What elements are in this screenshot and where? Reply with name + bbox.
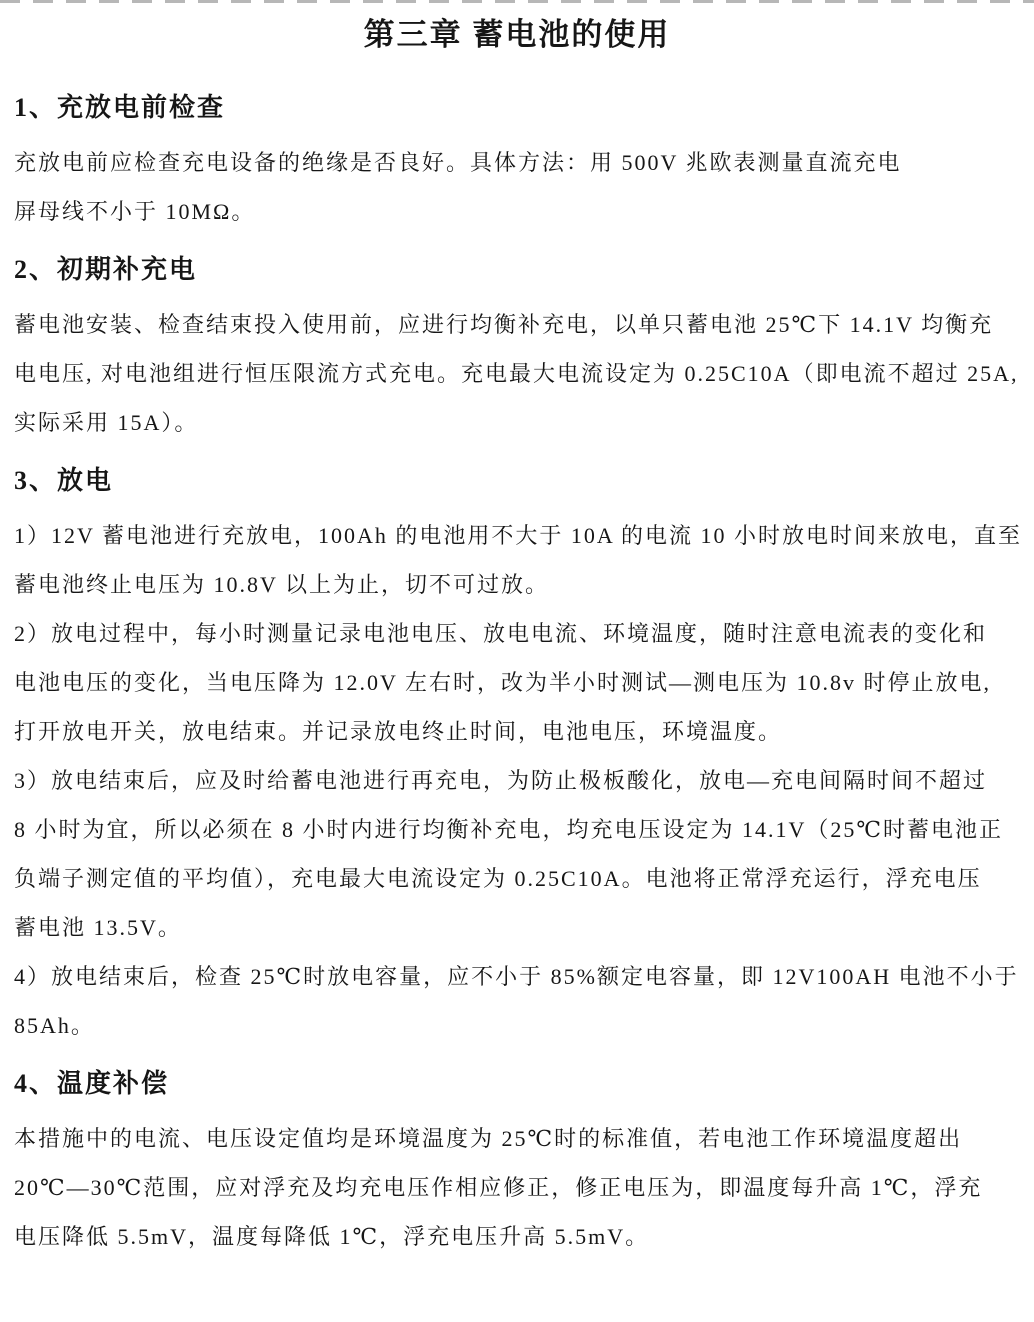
document-page: 第三章 蓄电池的使用 1、充放电前检查 充放电前应检查充电设备的绝缘是否良好。具… bbox=[0, 0, 1034, 1322]
text-line: 实际采用 15A）。 bbox=[14, 398, 1020, 447]
section-heading-precheck: 1、充放电前检查 bbox=[14, 90, 1020, 126]
section-precheck: 1、充放电前检查 充放电前应检查充电设备的绝缘是否良好。具体方法：用 500V … bbox=[14, 90, 1020, 236]
text-line: 1）12V 蓄电池进行充放电，100Ah 的电池用不大于 10A 的电流 10 … bbox=[14, 511, 1020, 560]
section-heading-initial-charge: 2、初期补充电 bbox=[14, 252, 1020, 288]
scan-edge-artifact bbox=[0, 0, 1034, 3]
section-heading-discharge: 3、放电 bbox=[14, 463, 1020, 499]
doc-title: 第三章 蓄电池的使用 bbox=[14, 12, 1020, 57]
text-line: 蓄电池终止电压为 10.8V 以上为止，切不可过放。 bbox=[14, 560, 1020, 609]
text-line: 屏母线不小于 10MΩ。 bbox=[14, 187, 1020, 236]
section-initial-charge: 2、初期补充电 蓄电池安装、检查结束投入使用前，应进行均衡补充电，以单只蓄电池 … bbox=[14, 252, 1020, 447]
text-line: 负端子测定值的平均值），充电最大电流设定为 0.25C10A。电池将正常浮充运行… bbox=[14, 854, 1020, 903]
text-line: 8 小时为宜，所以必须在 8 小时内进行均衡补充电，均充电压设定为 14.1V（… bbox=[14, 805, 1020, 854]
text-line: 充放电前应检查充电设备的绝缘是否良好。具体方法：用 500V 兆欧表测量直流充电 bbox=[14, 138, 1020, 187]
text-line: 20℃—30℃范围，应对浮充及均充电压作相应修正，修正电压为，即温度每升高 1℃… bbox=[14, 1163, 1020, 1212]
text-line: 3）放电结束后，应及时给蓄电池进行再充电，为防止极板酸化，放电—充电间隔时间不超… bbox=[14, 756, 1020, 805]
text-line: 蓄电池安装、检查结束投入使用前，应进行均衡补充电，以单只蓄电池 25℃下 14.… bbox=[14, 300, 1020, 349]
text-line: 本措施中的电流、电压设定值均是环境温度为 25℃时的标准值，若电池工作环境温度超… bbox=[14, 1114, 1020, 1163]
text-line: 电池电压的变化，当电压降为 12.0V 左右时，改为半小时测试—测电压为 10.… bbox=[14, 658, 1020, 707]
text-line: 电电压, 对电池组进行恒压限流方式充电。充电最大电流设定为 0.25C10A（即… bbox=[14, 349, 1020, 398]
section-heading-temperature-compensation: 4、温度补偿 bbox=[14, 1066, 1020, 1102]
text-line: 电压降低 5.5mV，温度每降低 1℃，浮充电压升高 5.5mV。 bbox=[14, 1212, 1020, 1261]
section-temperature-compensation: 4、温度补偿 本措施中的电流、电压设定值均是环境温度为 25℃时的标准值，若电池… bbox=[14, 1066, 1020, 1261]
section-discharge: 3、放电 1）12V 蓄电池进行充放电，100Ah 的电池用不大于 10A 的电… bbox=[14, 463, 1020, 1050]
text-line: 4）放电结束后，检查 25℃时放电容量，应不小于 85%额定电容量，即 12V1… bbox=[14, 952, 1020, 1001]
text-line: 2）放电过程中，每小时测量记录电池电压、放电电流、环境温度，随时注意电流表的变化… bbox=[14, 609, 1020, 658]
text-line: 打开放电开关，放电结束。并记录放电终止时间，电池电压，环境温度。 bbox=[14, 707, 1020, 756]
text-line: 85Ah。 bbox=[14, 1001, 1020, 1050]
text-line: 蓄电池 13.5V。 bbox=[14, 903, 1020, 952]
